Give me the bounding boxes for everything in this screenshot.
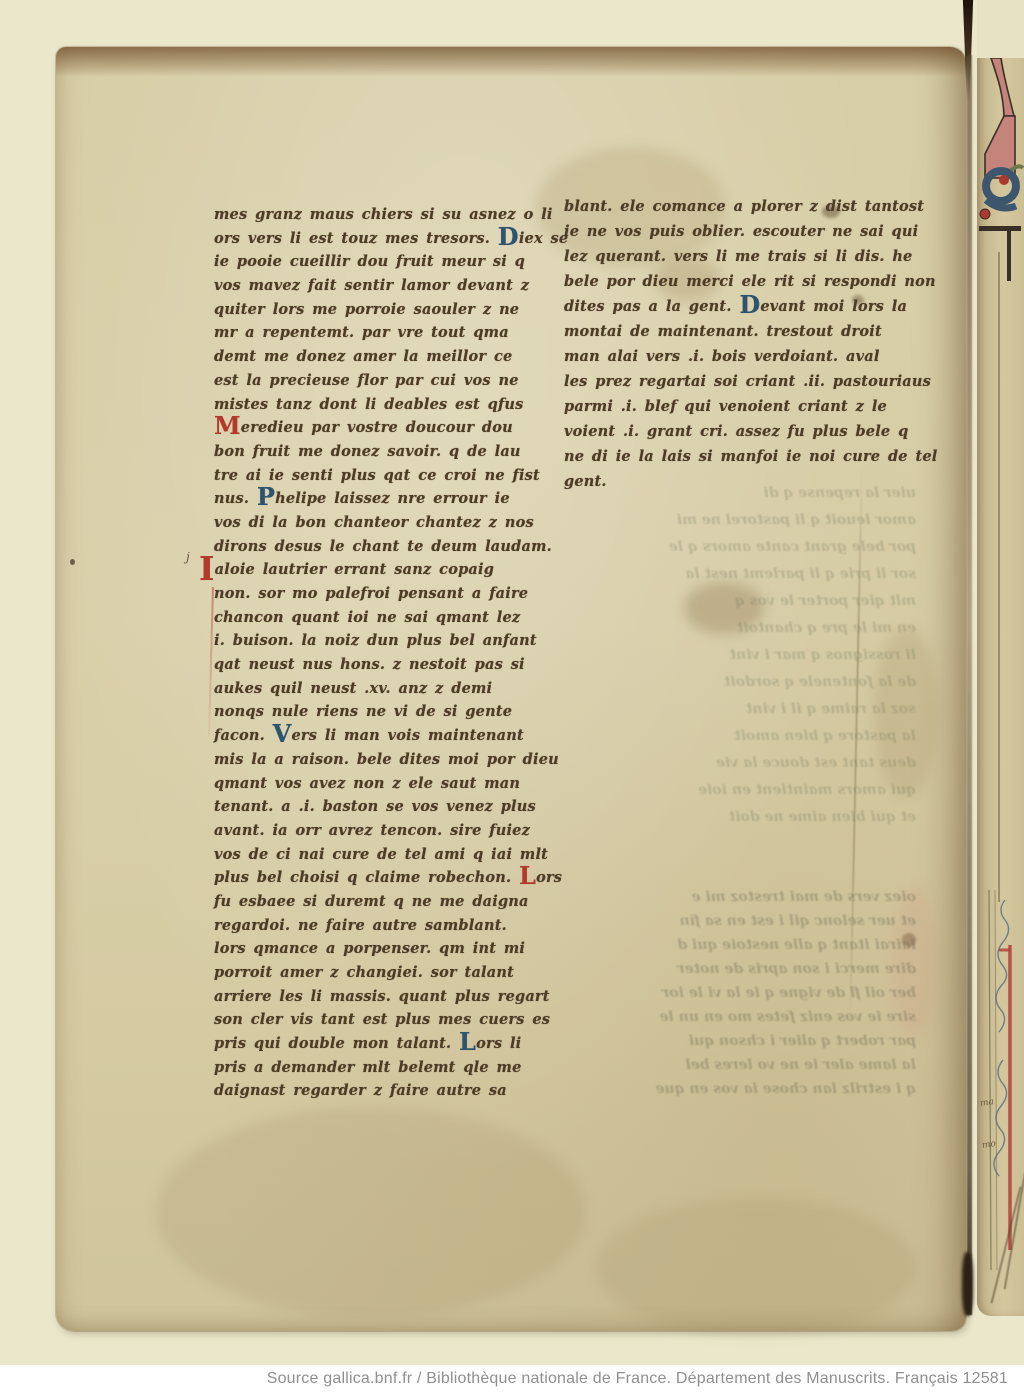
illuminated-initial-D: D [498, 222, 519, 251]
manuscript-text-line: amor leuoit q li pastorel ne mi [556, 507, 916, 534]
manuscript-text-line: blant. ele comance a plorer z dist tanto… [564, 194, 916, 219]
manuscript-text-line: sor li prie q li parlemt nest la [556, 561, 916, 588]
manuscript-text-line: tenant. a .i. baston se vos venez plus [214, 795, 532, 819]
manuscript-text-line: nus. Phelipe laissez nre errour ie [214, 487, 532, 511]
manuscript-text-line: la pastore q bien amoit [556, 723, 916, 750]
manuscript-text-line: et uer selonc qil i est en sa fin [556, 909, 916, 933]
manuscript-text-line: soz la raime q il i vint [556, 696, 916, 723]
manuscript-text-line: regardoi. ne faire autre samblant. [214, 914, 532, 938]
parchment-stain [596, 1197, 916, 1337]
manuscript-text-line: vos di la bon chanteor chantez z nos [214, 511, 532, 535]
manuscript-text-line: lez querant. vers li me trais si li dis.… [564, 244, 916, 269]
manuscript-text-line: deus tant est douce la vie [556, 750, 916, 777]
manuscript-page-verso: uier la repense q diamor leuoit q li pas… [56, 47, 966, 1331]
manuscript-text-line: sire ie vos eniz fetes mo en un le [556, 1005, 916, 1029]
manuscript-text-line: ors vers li est touz mes tresors. Diex s… [214, 227, 532, 251]
manuscript-text-line: plus bel choisi q claime robechon. Lors [214, 866, 532, 890]
text-column-left: mes granz maus chiers si su asnez o lior… [214, 203, 532, 1103]
manuscript-text-line: Ialoie lautrier errant sanz copaig [214, 558, 532, 582]
manuscript-text-line: qui amors maintient en ioie [556, 777, 916, 804]
manuscript-text-line: et qui bien aime ne doit [556, 804, 916, 831]
manuscript-text-line: arriere les li massis. quant plus regart [214, 985, 532, 1009]
manuscript-text-line: en mi le pre q chantoit [556, 615, 916, 642]
manuscript-text-line: non. sor mo palefroi pensant a faire [214, 582, 532, 606]
manuscript-text-line: demt me donez amer la meillor ce [214, 345, 532, 369]
illuminated-initial-I: I [199, 549, 215, 588]
manuscript-text-line: est la precieuse flor par cui vos ne [214, 369, 532, 393]
manuscript-text-line: montai de maintenant. trestout droit [564, 319, 916, 344]
manuscript-text-line: qmant vos avez non z ele saut man [214, 772, 532, 796]
manuscript-text-line: son cler vis tant est plus mes cuers es [214, 1008, 532, 1032]
manuscript-text-line: Meredieu par vostre doucour dou [214, 416, 532, 440]
manuscript-text-line: facon. Vers li man vois maintenant [214, 724, 532, 748]
manuscript-text-line: dire merci i son apris de noter [556, 957, 916, 981]
facing-page-top-edge [977, 0, 1024, 58]
binding-gutter-shadow-bottom [962, 1252, 973, 1316]
manuscript-text-line: mistes tanz dont li deables est qfus [214, 393, 532, 417]
binding-gutter-line [967, 55, 972, 1315]
illuminated-initial-P: P [257, 482, 275, 511]
source-caption-bar: Source gallica.bnf.fr / Bibliothèque nat… [0, 1365, 1024, 1392]
manuscript-text-line: quiter lors me porroie saouler z ne [214, 298, 532, 322]
ink-showthrough-upper: uier la repense q diamor leuoit q li pas… [556, 480, 916, 831]
manuscript-text-line: les prez regartai soi criant .ii. pastou… [564, 369, 916, 394]
manuscript-text-line: qat neust nus hons. z nestoit pas si [214, 653, 532, 677]
manuscript-text-line: avant. ia orr avrez tencon. sire fuiez [214, 819, 532, 843]
manuscript-text-line: mes granz maus chiers si su asnez o li [214, 203, 532, 227]
manuscript-text-line: aukes quil neust .xv. anz z demi [214, 677, 532, 701]
manuscript-text-line: nonqs nule riens ne vi de si gente [214, 700, 532, 724]
manuscript-text-line: ne di ie la lais si manfoi ie noi cure d… [564, 444, 916, 469]
manuscript-text-line: por bele grant cante amors q le [556, 534, 916, 561]
manuscript-text-line: ie pooie cueillir dou fruit meur si q [214, 250, 532, 274]
manuscript-text-line: de la fontenele q sordoit [556, 669, 916, 696]
manuscript-text-line: fu esbaee si duremt q ne me daigna [214, 890, 532, 914]
manuscript-text-line: porroit amer z changiei. sor talant [214, 961, 532, 985]
manuscript-text-line: pris a demander mlt belemt qle me [214, 1056, 532, 1080]
text-column-right: blant. ele comance a plorer z dist tanto… [564, 194, 916, 494]
manuscript-text-line: vos mavez fait sentir lamor devant z [214, 274, 532, 298]
manuscript-text-line: mis la a raison. bele dites moi por dieu [214, 748, 532, 772]
manuscript-text-line: daignast regarder z faire autre sa [214, 1079, 532, 1103]
illuminated-initial-M: M [214, 411, 241, 440]
illuminated-initial-L: L [519, 861, 536, 890]
manuscript-text-line: par robert q alier i chson qui [556, 1029, 916, 1053]
ink-showthrough-lower: oiez vers de mai trestoz mi eet uer selo… [556, 885, 916, 1101]
parchment-hole [70, 559, 75, 565]
manuscript-text-line: dites pas a la gent. Devant moi lors la [564, 294, 916, 319]
manuscript-text-line: vos de ci nai cure de tel ami q iai mlt [214, 843, 532, 867]
manuscript-text-line: li rossignos q mar i vint [556, 642, 916, 669]
manuscript-text-line: lairai itant q alle nestoie qui d [556, 933, 916, 957]
illuminated-initial-fragment [977, 58, 1024, 288]
marginal-scribble: mo [981, 1139, 996, 1151]
illuminated-initial-D: D [739, 290, 760, 319]
manuscript-text-line: dirons desus le chant te deum laudam. [214, 535, 532, 559]
manuscript-text-line: ie ne vos puis oblier. escouter ne sai q… [564, 219, 916, 244]
manuscript-text-line: parmi .i. blef qui venoient criant z le [564, 394, 916, 419]
digitized-manuscript-photo: uier la repense q diamor leuoit q li pas… [0, 0, 1024, 1392]
manuscript-text-line: i. buison. la noiz dun plus bel anfant [214, 629, 532, 653]
manuscript-text-line: man alai vers .i. bois verdoiant. aval [564, 344, 916, 369]
marginal-scribble: ma [979, 1097, 994, 1109]
manuscript-text-line: la lame aler ie ne vo leres bel [556, 1053, 916, 1077]
manuscript-text-line: voient .i. grant cri. assez fu plus bele… [564, 419, 916, 444]
manuscript-text-line: chancon quant ioi ne sai qmant lez [214, 606, 532, 630]
manuscript-text-line: q i estrilz lan chose ia vos en que [556, 1077, 916, 1101]
source-caption-text: Source gallica.bnf.fr / Bibliothèque nat… [267, 1370, 1008, 1387]
manuscript-text-line: mr a repentemt. par vre tout qma [214, 321, 532, 345]
parchment-stain [156, 1107, 586, 1317]
manuscript-text-line: pris qui double mon talant. Lors li [214, 1032, 532, 1056]
manuscript-text-line: oiez vers de mai trestoz mi e [556, 885, 916, 909]
manuscript-text-line: lors qmance a porpenser. qm int mi [214, 937, 532, 961]
manuscript-text-line: gent. [564, 469, 916, 494]
facing-page-edge: ma mo [977, 0, 1024, 1316]
manuscript-text-line: mlt qier porter le vos q [556, 588, 916, 615]
illuminated-initial-V: V [273, 719, 292, 748]
margin-guide-letter: j [186, 550, 190, 564]
illuminated-initial-L: L [459, 1027, 476, 1056]
manuscript-text-line: bon fruit me donez savoir. q de lau [214, 440, 532, 464]
manuscript-text-line: ber oil fl de vigne q ie la vi le ior [556, 981, 916, 1005]
ruled-border-line [998, 252, 1000, 902]
